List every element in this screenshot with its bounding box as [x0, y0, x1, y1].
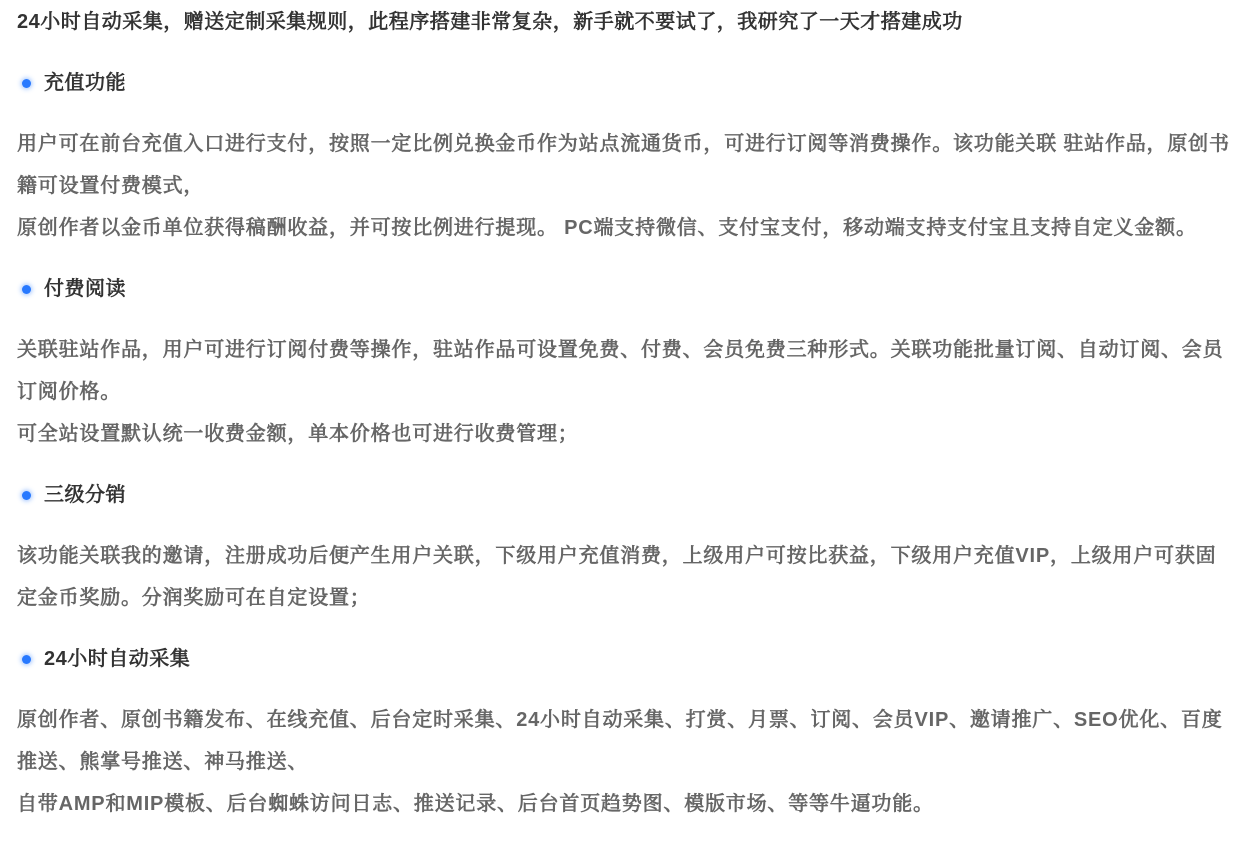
section-heading-paid-reading: 付费阅读 — [17, 268, 1236, 310]
section-body: 原创作者、原创书籍发布、在线充值、后台定时采集、24小时自动采集、打赏、月票、订… — [17, 699, 1236, 825]
document-page: 24小时自动采集，赠送定制采集规则，此程序搭建非常复杂，新手就不要试了，我研究了… — [0, 0, 1252, 844]
body-line: 可全站设置默认统一收费金额，单本价格也可进行收费管理； — [17, 413, 1236, 455]
section-body: 关联驻站作品，用户可进行订阅付费等操作，驻站作品可设置免费、付费、会员免费三种形… — [17, 329, 1236, 455]
bullet-icon — [22, 491, 31, 500]
section-body: 该功能关联我的邀请，注册成功后便产生用户关联，下级用户充值消费，上级用户可按比获… — [17, 535, 1236, 619]
section-title: 付费阅读 — [44, 268, 126, 310]
section-auto-collect: 24小时自动采集 原创作者、原创书籍发布、在线充值、后台定时采集、24小时自动采… — [17, 638, 1236, 825]
section-title: 三级分销 — [44, 474, 126, 516]
body-line: 自带AMP和MIP模板、后台蜘蛛访问日志、推送记录、后台首页趋势图、模版市场、等… — [17, 783, 1236, 825]
bullet-icon — [22, 655, 31, 664]
body-line: 原创作者、原创书籍发布、在线充值、后台定时采集、24小时自动采集、打赏、月票、订… — [17, 699, 1236, 783]
section-recharge: 充值功能 用户可在前台充值入口进行支付，按照一定比例兑换金币作为站点流通货币，可… — [17, 62, 1236, 249]
section-distribution: 三级分销 该功能关联我的邀请，注册成功后便产生用户关联，下级用户充值消费，上级用… — [17, 474, 1236, 619]
section-paid-reading: 付费阅读 关联驻站作品，用户可进行订阅付费等操作，驻站作品可设置免费、付费、会员… — [17, 268, 1236, 455]
body-line: 该功能关联我的邀请，注册成功后便产生用户关联，下级用户充值消费，上级用户可按比获… — [17, 535, 1236, 619]
bullet-icon — [22, 79, 31, 88]
body-line: 原创作者以金币单位获得稿酬收益，并可按比例进行提现。 PC端支持微信、支付宝支付… — [17, 207, 1236, 249]
section-title: 24小时自动采集 — [44, 638, 190, 680]
body-line: 用户可在前台充值入口进行支付，按照一定比例兑换金币作为站点流通货币，可进行订阅等… — [17, 123, 1236, 207]
section-heading-auto-collect: 24小时自动采集 — [17, 638, 1236, 680]
section-title: 充值功能 — [44, 62, 126, 104]
intro-paragraph: 24小时自动采集，赠送定制采集规则，此程序搭建非常复杂，新手就不要试了，我研究了… — [17, 1, 1236, 43]
body-line: 关联驻站作品，用户可进行订阅付费等操作，驻站作品可设置免费、付费、会员免费三种形… — [17, 329, 1236, 413]
section-heading-distribution: 三级分销 — [17, 474, 1236, 516]
section-heading-recharge: 充值功能 — [17, 62, 1236, 104]
bullet-icon — [22, 285, 31, 294]
section-body: 用户可在前台充值入口进行支付，按照一定比例兑换金币作为站点流通货币，可进行订阅等… — [17, 123, 1236, 249]
